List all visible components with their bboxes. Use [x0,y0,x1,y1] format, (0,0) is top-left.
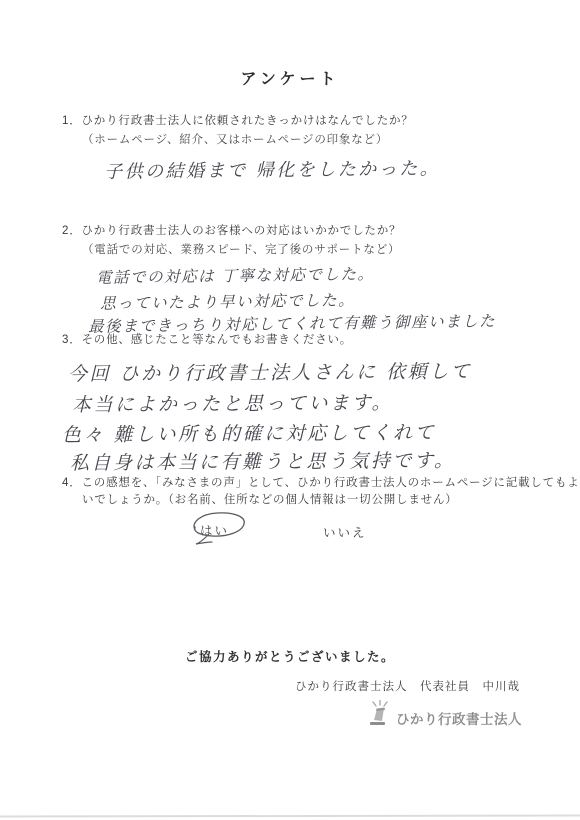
question-1: 1．ひかり行政書士法人に依頼されたきっかけはなんでしたか？ [62,112,414,128]
question-4-number: 4． [62,477,82,489]
signature-line: ひかり行政書士法人 代表社員 中川哉 [295,678,520,694]
question-1-number: 1． [62,115,82,127]
question-4-text-line-2: いでしょうか。（お名前、住所などの個人情報は一切公開しません） [82,491,458,507]
selected-option-circle [183,508,253,550]
logo-text: ひかり行政書士法人 [396,708,522,730]
question-3: 3．その他、感じたこと等なんでもお書きください。 [62,331,352,347]
question-3-number: 3． [62,334,82,346]
question-1-answer-handwriting: 子供の結婚まで 帰化をしたかった。 [104,154,440,184]
question-2-text: ひかり行政書士法人のお客様への対応はいかかでしたか？ [82,225,402,237]
question-4: 4．この感想を、「みなさまの声」として、ひかり行政書士法人のホームページに記載し… [62,474,580,490]
question-3-answer-line-4: 私自身は本当に有難うと思う気持です。 [70,446,456,476]
question-2-answer-line-2: 思っていたより早い対応でした。 [100,288,355,314]
scanned-questionnaire-page: アンケート 1．ひかり行政書士法人に依頼されたきっかけはなんでしたか？ （ホーム… [0,0,580,820]
question-2-number: 2． [62,225,82,237]
page-title: アンケート [0,66,580,89]
scan-page-bottom-edge [0,814,580,817]
question-2: 2．ひかり行政書士法人のお客様への対応はいかかでしたか？ [62,222,401,238]
lighthouse-icon [368,700,392,730]
company-logo: ひかり行政書士法人 [368,700,522,730]
question-3-answer-line-1: 今回 ひかり行政書士法人さんに 依頼して [68,357,472,387]
question-1-text: ひかり行政書士法人に依頼されたきっかけはなんでしたか？ [82,115,414,127]
question-4-text-line-1: この感想を、「みなさまの声」として、ひかり行政書士法人のホームページに記載しても… [82,477,580,489]
option-no-label: いいえ [323,523,367,541]
question-3-answer-line-3: 色々 難しい所も的確に対応してくれて [62,418,436,448]
question-2-answer-line-1: 電話での対応は 丁寧な対応でした。 [96,262,375,288]
question-2-hint: （電話での対応、業務スピード、完了後のサポートなど） [82,241,400,257]
thanks-message: ご協力ありがとうございました。 [0,647,580,665]
question-3-text: その他、感じたこと等なんでもお書きください。 [82,334,353,346]
question-3-answer-line-2: 本当によかったと思っています。 [72,388,393,417]
question-1-hint: （ホームページ、紹介、又はホームページの印象など） [82,131,388,147]
